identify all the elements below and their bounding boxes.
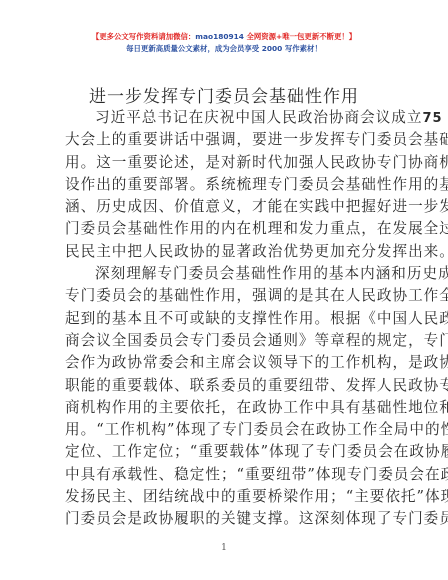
paragraph-line: 中具有承载性、稳定性；“重要纽带”体现专门委员会在政协: [65, 464, 383, 486]
paragraph-line: 定位、工作定位；“重要载体”体现了专门委员会在政协履职: [65, 441, 383, 463]
paragraph-line: 会作为政协常委会和主席会议领导下的工作机构，是政协履行: [65, 352, 383, 374]
paragraph-line: 商机构作用的主要依托，在政协工作中具有基础性地位和作: [65, 397, 383, 419]
paragraph-line: 商会议全国委员会专门委员会通则》等章程的规定，专门委员: [65, 330, 383, 352]
paragraph-line: 大会上的重要讲话中强调，要进一步发挥专门委员会基础性作: [65, 129, 383, 151]
promo-banner-line1: 【更多公文写作资料请加微信：mao180914 全网资源+唯一包更新不断更！】: [0, 32, 448, 42]
paragraph-line: 设作出的重要部署。系统梳理专门委员会基础性作用的基本内: [65, 174, 383, 196]
paragraph-line: 民民主中把人民政协的显著政治优势更加充分发挥出来。: [65, 241, 383, 263]
paragraph-line: 用。“工作机构”体现了专门委员会在政协工作全局中的性质: [65, 419, 383, 441]
wechat-id: mao180914: [195, 32, 244, 41]
paragraph-line: 门委员会是政协履职的关键支撑。这深刻体现了专门委员会是: [65, 508, 383, 530]
paragraph-line: 涵、历史成因、价值意义，才能在实践中把握好进一步发挥专: [65, 196, 383, 218]
paragraph-line: 习近平总书记在庆祝中国人民政治协商会议成立75 周年: [65, 107, 383, 129]
paragraph-line: 门委员会基础性作用的内在机理和发力重点，在发展全过程人: [65, 218, 383, 240]
promo-text: 【更多公文写作资料请加微信：: [92, 32, 195, 41]
paragraph-line: 专门委员会的基础性作用，强调的是其在人民政协工作全局中: [65, 285, 383, 307]
anniversary-number: 75: [422, 111, 442, 126]
paragraph-line: 起到的基本且不可或缺的支撑性作用。根据《中国人民政治协: [65, 308, 383, 330]
document-title: 进一步发挥专门委员会基础性作用: [0, 82, 448, 107]
paragraph-line: 用。这一重要论述，是对新时代加强人民政协专门协商机构建: [65, 152, 383, 174]
document-body: 习近平总书记在庆祝中国人民政治协商会议成立75 周年 大会上的重要讲话中强调，要…: [65, 107, 383, 531]
promo-text-suffix: 全网资源+唯一包更新不断更！】: [244, 32, 356, 41]
paragraph-line: 职能的重要载体、联系委员的重要纽带、发挥人民政协专门协: [65, 375, 383, 397]
promo-banner-line2: 每日更新高质量公文素材，成为会员享受 2000 写作素材！: [0, 44, 448, 54]
section-heading-line: 深刻理解专门委员会基础性作用的基本内涵和历史成因。: [65, 263, 383, 285]
paragraph-line: 发扬民主、团结统战中的重要桥梁作用；“主要依托”体现专: [65, 486, 383, 508]
page-number: 1: [0, 543, 448, 553]
